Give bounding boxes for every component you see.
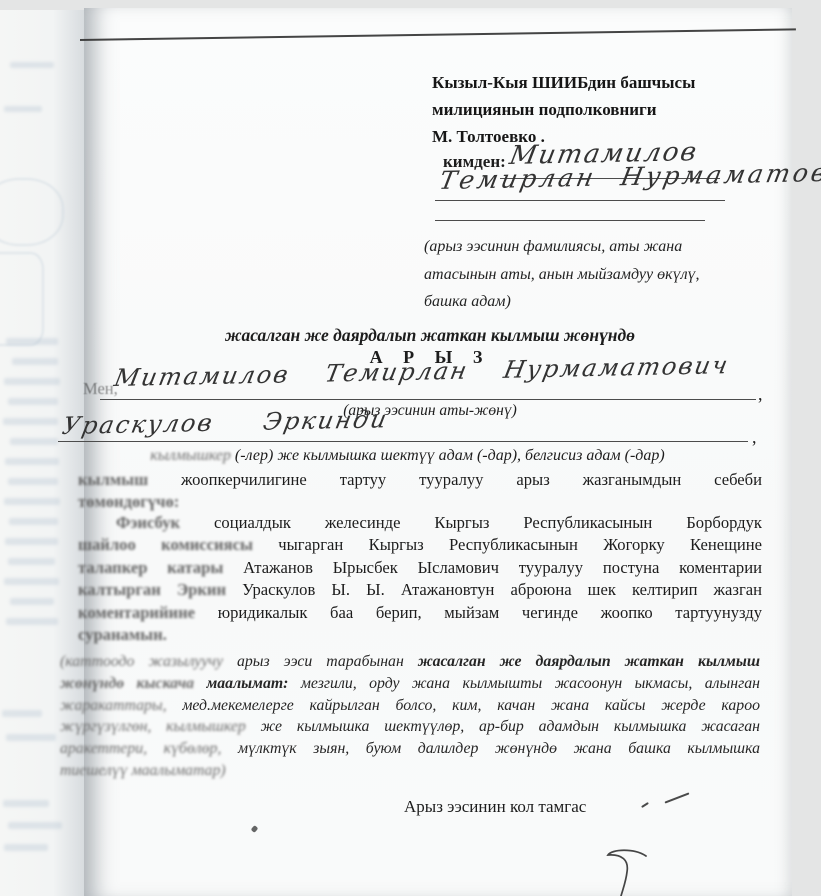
ghost-text-bleedthrough [10, 598, 54, 605]
name-underline [100, 399, 756, 400]
suspect-hint-lead: кылмышкер [150, 447, 231, 464]
smudged-word: талапкер катары [78, 558, 223, 577]
ghost-text-bleedthrough [4, 578, 59, 585]
suspect-hint-rest: (-лер) же кылмышка шектүү адам (-дар), б… [231, 447, 665, 464]
instruction-line: жүргүзүлгөн, кылмышкер же кылмышка шектү… [60, 716, 760, 738]
smudged-word: коментарийине [78, 603, 195, 622]
reason-lead: кылмыш [78, 470, 148, 489]
instruction-text: же кылмышка шектүүлөр, ар-бир адамдын кы… [246, 718, 760, 735]
instruction-text-bold: жасалган же даярдалып жаткан кылмыш [418, 653, 760, 670]
instruction-line: жаракаттары, мед.мекемелерге кайрылган б… [60, 695, 760, 717]
name-trailing-comma: , [758, 384, 763, 405]
smudged-word: суранамын. [78, 625, 167, 644]
ghost-text-bleedthrough [6, 734, 56, 741]
document-subtitle: жасалган же даярдалып жаткан кылмыш жөнү… [110, 325, 750, 346]
ghost-text-bleedthrough [8, 398, 58, 405]
smudged-word: (каттоодо жазылуучу [60, 653, 223, 670]
instruction-line: (каттоодо жазылуучу арыз ээси тарабынан … [60, 651, 760, 673]
applicant-note-line: башка адам) [424, 288, 769, 316]
ghost-shape [0, 252, 44, 346]
blank-underline [435, 200, 725, 201]
body-line: калтырган Эркин Ураскулов Ы. Ы. Атажанов… [78, 579, 762, 601]
instruction-line: аракеттери, күбөлөр, мүлктүк зыян, буюм … [60, 738, 760, 760]
instruction-text: мед.мекемелерге кайрылган болсо, ким, ка… [167, 697, 760, 714]
instruction-line: жөнүндө кыскача маалымат: мезгили, орду … [60, 673, 760, 695]
smudged-word: жаракаттары, [60, 697, 167, 714]
smudged-word: калтырган Эркин [78, 580, 226, 599]
body-text: социалдык желесинде Кыргыз Республикасын… [180, 513, 762, 532]
suspect-trailing-comma: , [752, 427, 757, 448]
applicant-note: (арыз ээсинин фамилиясы, аты жана атасын… [424, 233, 769, 316]
smudged-word: тиешелүү маалыматар) [60, 762, 226, 779]
body-text: юридикалык баа берип, мыйзам чегинде жоо… [195, 603, 762, 622]
reason-tail: төмөндөгүчө: [78, 491, 179, 513]
smudged-word: аракеттери, күбөлөр, [60, 740, 221, 757]
ghost-text-bleedthrough [4, 844, 48, 851]
ghost-text-bleedthrough [4, 498, 60, 505]
ghost-text-bleedthrough [3, 418, 58, 425]
body-text: Атажанов Ырысбек Ысламович тууралуу пост… [223, 558, 762, 577]
ghost-text-bleedthrough [4, 378, 60, 385]
suspect-hint: кылмышкер (-лер) же кылмышка шектүү адам… [80, 447, 735, 465]
ghost-text-bleedthrough [5, 458, 59, 465]
ghost-shape [0, 178, 64, 246]
ghost-text-bleedthrough [8, 822, 62, 829]
smudged-word: жөнүндө кыскача [60, 675, 194, 692]
reason-rest: жоопкерчилигине тартуу тууралуу арыз жаз… [148, 470, 762, 489]
signature-squiggle [598, 846, 660, 896]
body-line: талапкер катары Атажанов Ырысбек Ысламов… [78, 557, 762, 579]
scanned-document: Кызыл-Кыя ШИИБдин башчысы милициянын под… [0, 0, 821, 896]
body-line: шайлоо комиссиясы чыгарган Кыргыз Респуб… [78, 534, 762, 556]
instruction-line: тиешелүү маалыматар) [60, 760, 760, 782]
smudged-word: Фэисбук [116, 513, 180, 532]
ghost-text-bleedthrough [2, 710, 42, 717]
instruction-text-bold: маалымат: [194, 675, 288, 692]
ghost-text-bleedthrough [12, 358, 58, 365]
reason-line: кылмыш жоопкерчилигине тартуу тууралуу а… [78, 469, 762, 491]
body-paragraph: Фэисбук социалдык желесинде Кыргыз Респу… [78, 512, 762, 646]
body-line: суранамын. [78, 624, 762, 646]
ghost-text-bleedthrough [5, 538, 58, 545]
ghost-text-bleedthrough [10, 62, 54, 68]
body-line: Фэисбук социалдык желесинде Кыргыз Респу… [78, 512, 762, 534]
ghost-text-bleedthrough [6, 618, 58, 625]
ghost-text-bleedthrough [10, 438, 58, 445]
body-text: Ураскулов Ы. Ы. Атажановтун аброюна шек … [226, 580, 762, 599]
smudged-word: шайлоо комиссиясы [78, 535, 253, 554]
instruction-paragraph: (каттоодо жазылуучу арыз ээси тарабынан … [60, 651, 760, 782]
ghost-text-bleedthrough [6, 338, 58, 345]
applicant-note-line: атасынын аты, анын мыйзамдуу өкүлү, [424, 261, 769, 289]
ghost-text-bleedthrough [4, 106, 42, 112]
ghost-text-bleedthrough [9, 518, 58, 525]
smudged-word: жүргүзүлгөн, кылмышкер [60, 718, 246, 735]
instruction-text: арыз ээси тарабынан [223, 653, 418, 670]
recipient-block: Кызыл-Кыя ШИИБдин башчысы милициянын под… [432, 69, 772, 150]
ghost-text-bleedthrough [8, 478, 58, 485]
ghost-text-bleedthrough [3, 800, 49, 807]
recipient-line: милициянын подполковниги [432, 96, 772, 123]
instruction-text: мезгили, орду жана кылмышты жасоонун ыкм… [288, 675, 760, 692]
body-line: коментарийине юридикалык баа берип, мыйз… [78, 602, 762, 624]
ghost-text-bleedthrough [8, 558, 55, 565]
recipient-line: Кызыл-Кыя ШИИБдин башчысы [432, 69, 772, 96]
body-text: чыгарган Кыргыз Республикасынын Жогорку … [253, 535, 762, 554]
blank-underline [435, 220, 705, 221]
instruction-text: мүлктүк зыян, буюм далилдер жөнүндө жана… [221, 740, 760, 757]
signature-label: Арыз ээсинин кол тамгас [404, 797, 586, 817]
applicant-note-line: (арыз ээсинин фамилиясы, аты жана [424, 233, 769, 261]
suspect-underline [58, 441, 748, 442]
